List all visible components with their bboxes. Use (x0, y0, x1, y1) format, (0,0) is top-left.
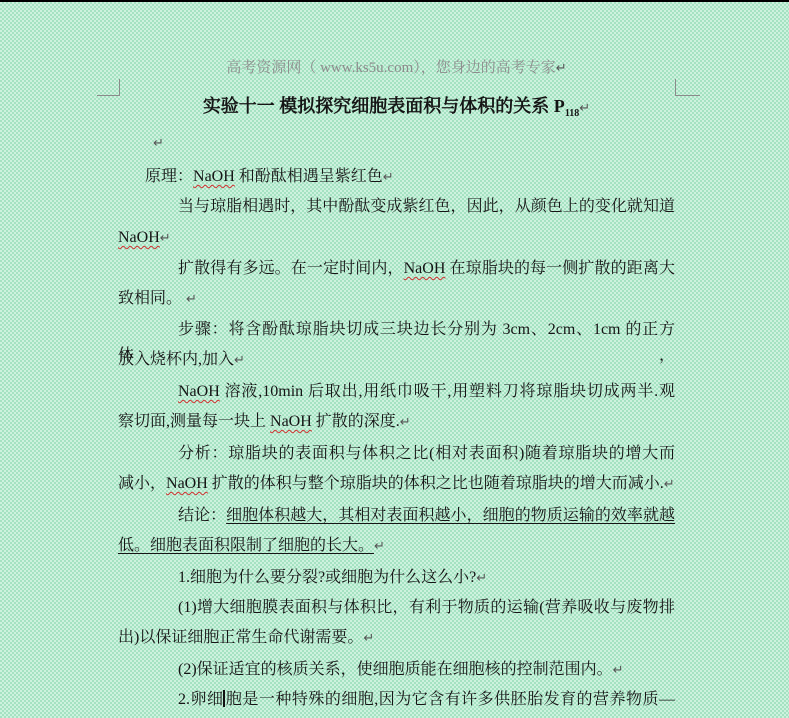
doc-line: (2)保证适宜的核质关系，使细胞质能在细胞核的控制范围内。↵ (118, 657, 675, 683)
line-text: 和酚酞相遇呈紫红色 (235, 168, 383, 185)
underlined-conclusion-text: 低。细胞表面积限制了细胞的长大。 (118, 537, 374, 554)
line-text: 2.卵细 (178, 691, 223, 708)
margin-crop-mark-left (97, 79, 120, 96)
pilcrow-icon: ↵ (579, 101, 590, 116)
line-text: 结论： (178, 507, 226, 524)
line-text: 扩散的深度. (312, 413, 400, 430)
line-text: (2)保证适宜的核质关系，使细胞质能在细胞核的控制范围内。 (178, 661, 613, 678)
line-text: (1)增大细胞膜表面积与体积比，有利于物质的运输(营养吸收与废物排 (178, 599, 675, 616)
doc-title-text: 实验十一 模拟探究细胞表面积与体积的关系 P (203, 96, 565, 116)
margin-crop-mark-right (675, 79, 700, 96)
doc-line: 察切面,测量每一块上 NaOH 扩散的深度.↵ (118, 409, 675, 435)
empty-paragraph: ↵ (118, 130, 675, 156)
pilcrow-icon: ↵ (160, 231, 171, 246)
pilcrow-icon: ↵ (556, 61, 567, 76)
line-text: 减小， (118, 475, 166, 492)
doc-line: NaOH 溶液,10min 后取出,用纸巾吸干,用塑料刀将琼脂块切成两半.观 (118, 379, 675, 405)
line-text: 出)以保证细胞正常生命代谢需要。 (118, 629, 363, 646)
line-text: 扩散的体积与整个琼脂块的体积之比也随着琼脂块的增大而减小. (208, 475, 664, 492)
pilcrow-icon: ↵ (374, 539, 385, 554)
doc-line: 减小，NaOH 扩散的体积与整个琼脂块的体积之比也随着琼脂块的增大而减小.↵ (118, 471, 675, 497)
pilcrow-icon: ↵ (363, 631, 374, 646)
naoh-misspelled-text: NaOH (404, 260, 446, 277)
naoh-misspelled-text: NaOH (118, 229, 160, 246)
pilcrow-icon: ↵ (186, 292, 197, 307)
naoh-misspelled-text: NaOH (193, 168, 235, 185)
naoh-misspelled-text: NaOH (270, 413, 312, 430)
line-text: 胞是一种特殊的细胞,因为它含有许多供胚胎发育的营养物质— (225, 691, 675, 708)
doc-title: 实验十一 模拟探究细胞表面积与体积的关系 P118↵ (118, 93, 675, 119)
header-text: 高考资源网（ www.ks5u.com），您身边的高考专家 (226, 60, 555, 76)
pilcrow-icon: ↵ (476, 571, 487, 586)
doc-line-question-2: 2.卵细胞是一种特殊的细胞,因为它含有许多供胚胎发育的营养物质— (118, 687, 675, 713)
doc-line-question-1: 1.细胞为什么要分裂?或细胞为什么这么小?↵ (118, 565, 675, 591)
doc-line-analysis: 分析：琼脂块的表面积与体积之比(相对表面积)随着琼脂块的增大而 (118, 441, 675, 467)
line-text: 放入烧杯内,加入 (118, 351, 234, 368)
line-text: 察切面,测量每一块上 (118, 413, 270, 430)
pilcrow-icon: ↵ (234, 353, 245, 368)
naoh-misspelled-text: NaOH (166, 475, 208, 492)
doc-line: 致相同。 ↵ (118, 286, 675, 312)
line-text: 溶液,10min 后取出,用纸巾吸干,用塑料刀将琼脂块切成两半.观 (220, 383, 675, 400)
naoh-misspelled-text: NaOH (178, 383, 220, 400)
line-text: 原理： (145, 168, 193, 185)
doc-line-conclusion: 低。细胞表面积限制了细胞的长大。↵ (118, 533, 675, 559)
doc-line-principle: 原理：NaOH 和酚酞相遇呈紫红色↵ (118, 164, 675, 190)
line-text: 1.细胞为什么要分裂?或细胞为什么这么小? (178, 569, 476, 586)
top-border (0, 0, 789, 2)
line-text: 扩散得有多远。在一定时间内， (178, 260, 404, 277)
doc-line-steps: 步骤：将含酚酞琼脂块切成三块边长分别为 3cm、2cm、1cm 的正方体， (118, 317, 675, 343)
pilcrow-icon: ↵ (153, 136, 164, 151)
header-watermark: 高考资源网（ www.ks5u.com），您身边的高考专家↵ (118, 55, 675, 81)
page-ref-subscript: 118 (565, 108, 579, 119)
doc-line: (1)增大细胞膜表面积与体积比，有利于物质的运输(营养吸收与废物排 (118, 595, 675, 621)
line-text: 分析：琼脂块的表面积与体积之比(相对表面积)随着琼脂块的增大而 (178, 445, 675, 462)
document-page: 高考资源网（ www.ks5u.com），您身边的高考专家↵ 实验十一 模拟探究… (0, 0, 789, 718)
pilcrow-icon: ↵ (613, 663, 624, 678)
line-text: 在琼脂块的每一侧扩散的距离大 (445, 260, 675, 277)
doc-line: 当与琼脂相遇时，其中酚酞变成紫红色，因此，从颜色上的变化就知道 (118, 194, 675, 220)
line-text: 致相同。 (118, 290, 186, 307)
doc-line: NaOH↵ (118, 225, 675, 251)
pilcrow-icon: ↵ (400, 415, 411, 430)
underlined-conclusion-text: 细胞体积越大，其相对表面积越小，细胞的物质运输的效率就越 (226, 507, 675, 524)
pilcrow-icon: ↵ (383, 170, 394, 185)
doc-line: 扩散得有多远。在一定时间内，NaOH 在琼脂块的每一侧扩散的距离大 (118, 256, 675, 282)
doc-line: 放入烧杯内,加入↵ (118, 347, 675, 373)
doc-line-conclusion: 结论：细胞体积越大，其相对表面积越小，细胞的物质运输的效率就越 (118, 503, 675, 529)
doc-line: 出)以保证细胞正常生命代谢需要。↵ (118, 625, 675, 651)
line-text: 当与琼脂相遇时，其中酚酞变成紫红色，因此，从颜色上的变化就知道 (178, 198, 675, 215)
pilcrow-icon: ↵ (664, 477, 675, 492)
